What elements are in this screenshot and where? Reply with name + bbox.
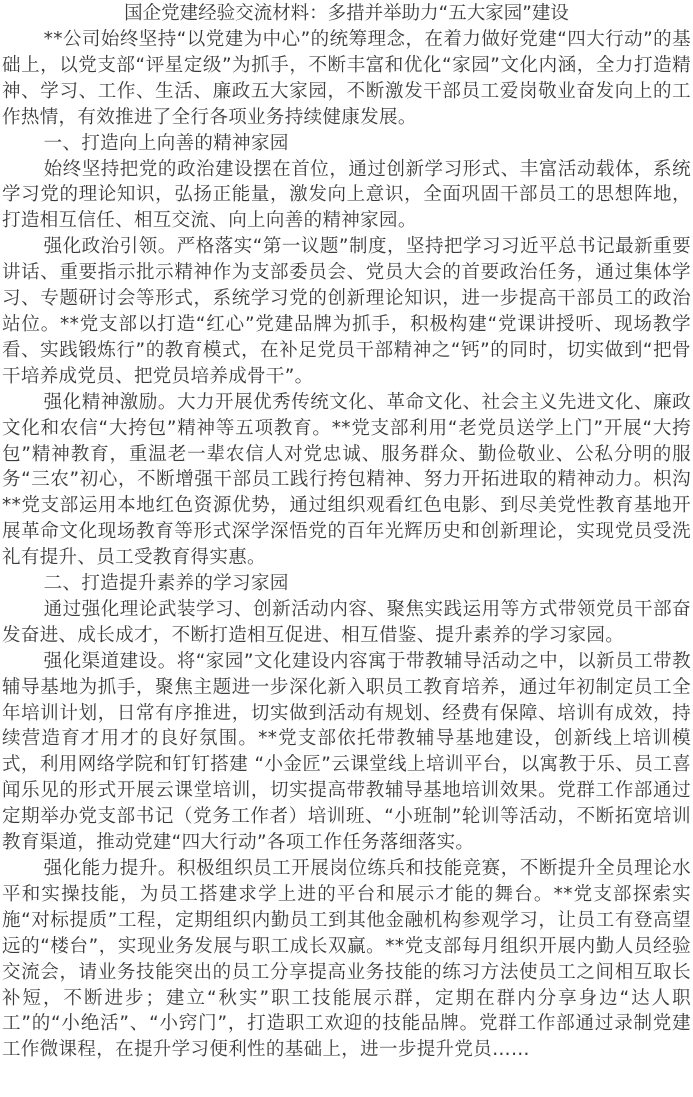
- section2-paragraph-overview: 通过强化理论武装学习、创新活动内容、聚焦实践运用等方式带领党员干部奋发奋进、成长…: [2, 597, 691, 649]
- section1-paragraph-spiritual-motivation: 强化精神激励。大力开展优秀传统文化、革命文化、社会主义先进文化、廉政文化和农信“…: [2, 390, 691, 571]
- section2-paragraph-channel-building: 强化渠道建设。将“家园”文化建设内容寓于带教辅导活动之中，以新员工带教辅导基地为…: [2, 649, 691, 856]
- intro-paragraph: **公司始终坚持“以党建为中心”的统筹理念，在着力做好党建“四大行动”的基础上，…: [2, 27, 691, 131]
- document-body: 国企党建经验交流材料：多措并举助力“五大家园”建设 **公司始终坚持“以党建为中…: [0, 0, 693, 1063]
- section-heading-spiritual-home: 一、打造向上向善的精神家园: [2, 131, 691, 157]
- document-title: 国企党建经验交流材料：多措并举助力“五大家园”建设: [2, 0, 691, 27]
- section2-paragraph-capability-improvement: 强化能力提升。积极组织员工开展岗位练兵和技能竞赛，不断提升全员理论水平和实操技能…: [2, 856, 691, 1063]
- section1-paragraph-political-guidance: 强化政治引领。严格落实“第一议题”制度，坚持把学习习近平总书记最新重要讲话、重要…: [2, 234, 691, 389]
- section1-paragraph-overview: 始终坚持把党的政治建设摆在首位，通过创新学习形式、丰富活动载体，系统学习党的理论…: [2, 157, 691, 235]
- section-heading-learning-home: 二、打造提升素养的学习家园: [2, 571, 691, 597]
